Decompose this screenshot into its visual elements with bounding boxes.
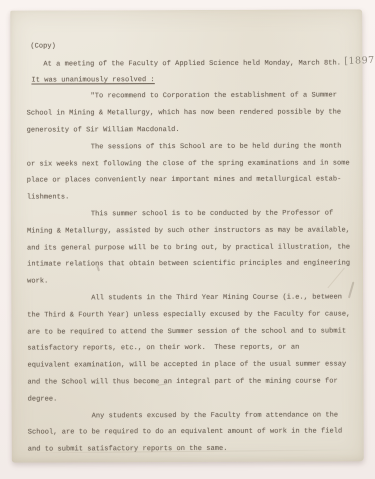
document-line: equivalent examination, will be accepted… — [27, 357, 359, 375]
document-line: or six weeks next following the close of… — [27, 155, 359, 173]
document-line: The sessions of this School are to be he… — [91, 138, 359, 156]
resolution-heading: It was unanimously resolved : — [31, 71, 358, 89]
meeting-heading-text: At a meeting of the Faculty of Applied S… — [43, 59, 341, 68]
document-line: and the School will thus become an integ… — [27, 373, 359, 391]
document-line: and its general purpose will be to bring… — [27, 239, 359, 257]
document-line: satisfactory reports, etc., on their wor… — [27, 340, 359, 358]
document-line: All students in the Third Year Mining Co… — [91, 289, 359, 307]
document-line: School in Mining & Metallurgy, which has… — [27, 105, 359, 123]
document-line: "To recommend to Corporation the establi… — [90, 88, 358, 106]
document-text: (Copy) At a meeting of the Faculty of Ap… — [26, 37, 359, 458]
handwritten-year-annotation: [1897] — [344, 53, 375, 71]
document-line: Mining & Metallurgy, assisted by such ot… — [27, 222, 359, 240]
document-line: School, are to be required to do an equi… — [28, 424, 360, 442]
document-line: generosity of Sir William Macdonald. — [27, 121, 359, 139]
document-line: lishments. — [27, 189, 359, 207]
document-line: degree. — [28, 390, 360, 408]
document-page: (Copy) At a meeting of the Faculty of Ap… — [10, 9, 364, 462]
document-line: work. — [27, 273, 359, 291]
document-line: intimate relations that obtain between s… — [27, 256, 359, 274]
copy-label: (Copy) — [30, 37, 358, 55]
document-line: are to be required to attend the Summer … — [27, 323, 359, 341]
scanned-document: (Copy) At a meeting of the Faculty of Ap… — [0, 0, 375, 479]
document-line: Any students excused by the Faculty from… — [92, 407, 360, 425]
document-line: place or places conveniently near import… — [27, 172, 359, 190]
meeting-heading-line: At a meeting of the Faculty of Applied S… — [43, 54, 358, 72]
document-line: This summer school is to be conducted by… — [91, 205, 359, 223]
document-line: the Third & Fourth Year) unless especial… — [27, 306, 359, 324]
